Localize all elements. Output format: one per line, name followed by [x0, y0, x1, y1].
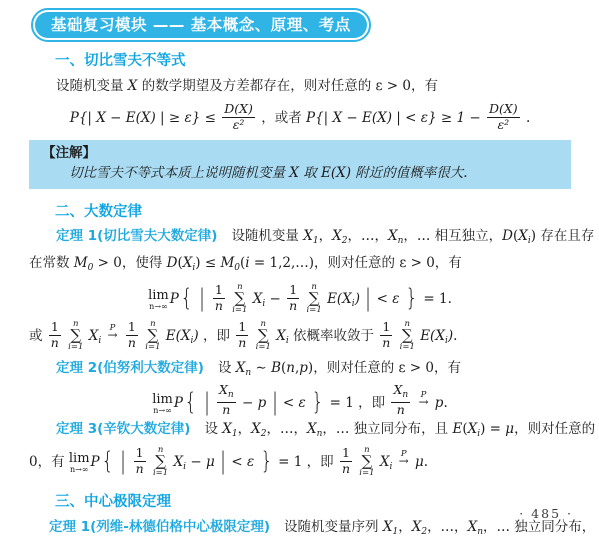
theorem1-line2: 在常数 M0 > 0，使得 D(Xi) ≤ M0(i = 1,2,…)，则对任意… [29, 252, 571, 279]
formula-text: ，或者 [261, 110, 306, 126]
converges-in-probability-arrow: P→ [399, 450, 409, 465]
summation: n∑i=1 [400, 320, 415, 352]
theorem2-line: 定理 2(伯努利大数定律)设 Xn ∼ B(n,p)，则对任意的 ε > 0，有 [29, 357, 571, 384]
section-title-law-of-large-numbers: 二、大数定律 [55, 202, 571, 222]
chebyshev-lln-formula: limn→∞P{ | 1n n∑i=1 Xi − 1n n∑i=1 E(Xi) … [29, 279, 571, 319]
theorem3-label: 定理 3(辛钦大数定律) [56, 421, 190, 437]
summation: n∑i=1 [145, 320, 160, 352]
summation: n∑i=1 [256, 320, 271, 352]
fraction: Xnn [391, 384, 410, 417]
converges-in-probability-arrow: P→ [108, 324, 118, 339]
converges-in-probability-arrow: P→ [418, 391, 428, 406]
summation: n∑i=1 [232, 283, 247, 315]
page-number: · 485 · [519, 506, 573, 521]
formula-text: P{| X − E(X) | < ε} ≥ 1 − [306, 110, 481, 126]
note-block: 【注解】 切比雪夫不等式本质上说明随机变量 X 取 E(X) 附近的值概率很大. [29, 140, 571, 189]
fraction: D(X)ε² [487, 103, 520, 132]
bernoulli-lln-formula: limn→∞P{ | Xnn − p | < ε } = 1 ，即 Xnn P→… [29, 384, 571, 418]
formula-text: P{| X − E(X) | ≥ ε} ≤ [70, 110, 216, 126]
fraction: 1n [134, 447, 146, 476]
fraction: D(X)ε² [222, 103, 255, 132]
summation: n∑i=1 [153, 446, 168, 478]
summation: n∑i=1 [68, 320, 83, 352]
section-title-chebyshev-inequality: 一、切比雪夫不等式 [55, 51, 571, 71]
section-title-central-limit-theorem: 三、中心极限定理 [55, 492, 571, 512]
fraction: 1n [340, 447, 352, 476]
theorem3-line: 定理 3(辛钦大数定律)设 X1，X2，…，Xn，… 独立同分布，且 E(Xi)… [29, 418, 571, 445]
limit-operator: limn→∞ [152, 393, 173, 415]
module-banner: 基础复习模块 —— 基本概念、原理、考点 [35, 12, 367, 38]
convergence-in-probability-line: 或 1n n∑i=1 Xi P→ 1n n∑i=1 E(Xi) ，即 1n n∑… [29, 319, 571, 353]
theorem1-label: 定理 1(切比雪夫大数定律) [56, 228, 217, 244]
note-body: 切比雪夫不等式本质上说明随机变量 X 取 E(X) 附近的值概率很大. [42, 163, 561, 183]
note-title: 【注解】 [42, 143, 561, 163]
chebyshev-inequality-formula: P{| X − E(X) | ≥ ε} ≤ D(X)ε² ，或者 P{| X −… [29, 99, 571, 137]
summation: n∑i=1 [307, 283, 322, 315]
fraction: 1n [287, 284, 299, 313]
limit-operator: limn→∞ [69, 452, 90, 474]
summation: n∑i=1 [359, 446, 374, 478]
fraction: Xnn [217, 384, 236, 417]
textbook-page: 基础复习模块 —— 基本概念、原理、考点 一、切比雪夫不等式 设随机变量 X 的… [0, 0, 599, 529]
fraction: 1n [236, 321, 248, 350]
chebyshev-intro-paragraph: 设随机变量 X 的数学期望及方差都存在，则对任意的 ε > 0，有 [29, 75, 571, 97]
clt-theorem-label: 定理 1(列维-林德伯格中心极限定理) [49, 519, 270, 535]
fraction: 1n [380, 321, 392, 350]
theorem2-label: 定理 2(伯努利大数定律) [56, 360, 204, 376]
limit-operator: limn→∞ [148, 289, 169, 311]
fraction: 1n [213, 284, 225, 313]
khinchin-lln-formula-line: 0，有 limn→∞P{ | 1n n∑i=1 Xi − μ | < ε } =… [29, 445, 571, 479]
fraction: 1n [49, 321, 61, 350]
clt-theorem-line: 定理 1(列维-林德伯格中心极限定理)设随机变量序列 X1，X2，…，Xn，… … [29, 516, 571, 539]
formula-text: . [526, 110, 530, 126]
fraction: 1n [126, 321, 138, 350]
theorem1-line1: 定理 1(切比雪夫大数定律)设随机变量 X1，X2，…，Xn，… 相互独立，D(… [29, 225, 571, 252]
